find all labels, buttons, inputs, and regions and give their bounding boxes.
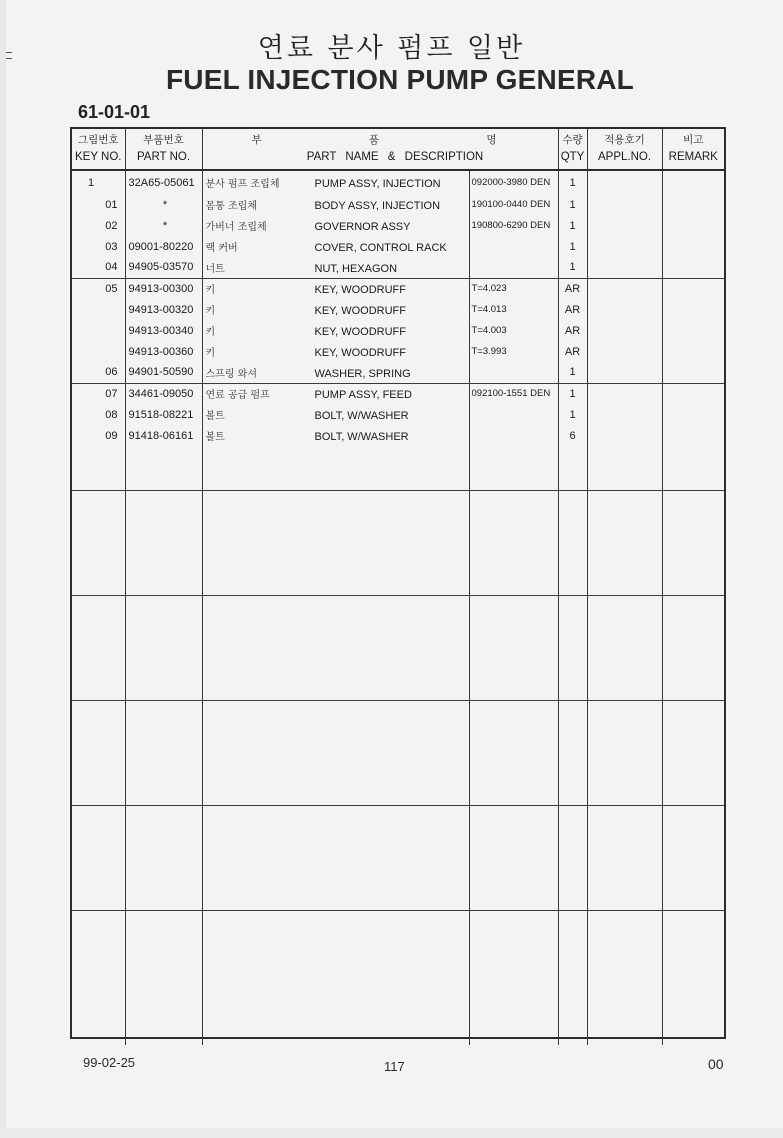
key-no-cell: 02 [72,215,125,236]
part-name-en: PUMP ASSY, INJECTION [315,178,441,190]
part-name-cell: 키KEY, WOODRUFF [202,299,469,320]
part-no-cell: 94913-00300 [125,278,202,299]
empty-cell [125,806,202,911]
reference-no-cell: 190800-6290 DEN [469,215,558,236]
appl-no-cell [587,383,662,404]
empty-cell [558,911,587,1046]
header-qty-ko: 수량 [559,132,587,149]
appl-no-cell [587,194,662,215]
table-row: 94913-00360 키KEY, WOODRUFF T=3.993 AR [72,341,724,362]
part-name-ko: 볼트 [203,407,315,422]
appl-no-cell [587,257,662,278]
appl-no-cell [587,362,662,383]
reference-no-cell: 190100-0440 DEN [469,194,558,215]
empty-cell [469,596,558,701]
reference-no-cell [469,425,558,446]
reference-no-cell [469,404,558,425]
key-no-cell: 09 [72,425,125,446]
header-part-name-ko: 부 품 명 [203,132,558,149]
part-name-ko: 랙 커버 [203,239,315,254]
remark-cell [662,278,724,299]
qty-cell: 1 [558,236,587,257]
part-name-ko: 너트 [203,260,315,275]
table-row: 05 94913-00300 키KEY, WOODRUFF T=4.023 AR [72,278,724,299]
part-no-cell: 34461-09050 [125,383,202,404]
qty-cell: AR [558,320,587,341]
appl-no-cell [587,404,662,425]
table-row: 04 94905-03570 너트NUT, HEXAGON 1 [72,257,724,278]
empty-table-row [72,806,724,911]
table-row: 94913-00340 키KEY, WOODRUFF T=4.003 AR [72,320,724,341]
reference-no-cell: T=4.013 [469,299,558,320]
reference-no-cell: 092000-3980 DEN [469,170,558,194]
part-name-ko: 키 [203,344,315,359]
parts-table-frame: 그림번호 KEY NO. 부품번호 PART NO. 부 품 명 PART NA… [70,127,726,1039]
part-name-en: KEY, WOODRUFF [315,347,406,359]
qty-cell: 1 [558,383,587,404]
empty-cell [558,491,587,596]
page-title-korean: 연료 분사 펌프 일반 [0,26,783,65]
key-no-cell [72,341,125,362]
part-name-en: NUT, HEXAGON [315,263,398,275]
header-appl-no-en: APPL.NO. [588,149,662,166]
empty-cell [72,806,125,911]
part-no-cell: 32A65-05061 [125,170,202,194]
appl-no-cell [587,170,662,194]
remark-cell [662,383,724,404]
footer-date: 99-02-25 [83,1055,135,1070]
part-name-ko: 분사 펌프 조립체 [203,175,315,190]
part-name-en: KEY, WOODRUFF [315,284,406,296]
part-no-cell: * [125,194,202,215]
empty-cell [662,446,724,491]
part-name-cell: 랙 커버COVER, CONTROL RACK [202,236,469,257]
part-no-cell: * [125,215,202,236]
reference-no-cell: T=3.993 [469,341,558,362]
part-no-cell: 94905-03570 [125,257,202,278]
table-row: 1 32A65-05061 분사 펌프 조립체PUMP ASSY, INJECT… [72,170,724,194]
part-name-cell: 키KEY, WOODRUFF [202,320,469,341]
empty-table-row [72,701,724,806]
part-name-en: WASHER, SPRING [315,368,411,380]
part-no-cell: 94913-00320 [125,299,202,320]
empty-cell [587,911,662,1046]
part-name-en: BODY ASSY, INJECTION [315,200,441,212]
qty-cell: 1 [558,362,587,383]
table-row: 09 91418-06161 볼트BOLT, W/WASHER 6 [72,425,724,446]
empty-cell [469,911,558,1046]
empty-cell [469,806,558,911]
header-remark-en: REMARK [663,149,725,166]
reference-no-cell: 092100-1551 DEN [469,383,558,404]
empty-cell [587,596,662,701]
remark-cell [662,236,724,257]
part-name-cell: 분사 펌프 조립체PUMP ASSY, INJECTION [202,170,469,194]
empty-table-row [72,491,724,596]
part-name-ko: 볼트 [203,428,315,443]
empty-cell [469,491,558,596]
part-name-cell: 너트NUT, HEXAGON [202,257,469,278]
table-row: 08 91518-08221 볼트BOLT, W/WASHER 1 [72,404,724,425]
empty-cell [125,911,202,1046]
appl-no-cell [587,278,662,299]
empty-cell [662,701,724,806]
empty-cell [662,596,724,701]
empty-cell [125,446,202,491]
appl-no-cell [587,236,662,257]
part-no-cell: 09001-80220 [125,236,202,257]
table-row: 94913-00320 키KEY, WOODRUFF T=4.013 AR [72,299,724,320]
reference-no-cell [469,236,558,257]
empty-cell [587,806,662,911]
key-no-cell: 03 [72,236,125,257]
empty-cell [558,701,587,806]
header-part-no: 부품번호 PART NO. [125,129,202,170]
qty-cell: 1 [558,194,587,215]
empty-cell [125,701,202,806]
empty-cell [202,446,469,491]
part-no-cell: 94913-00340 [125,320,202,341]
header-qty-en: QTY [559,149,587,166]
key-no-cell [72,320,125,341]
part-name-cell: 볼트BOLT, W/WASHER [202,404,469,425]
part-name-en: COVER, CONTROL RACK [315,242,447,254]
qty-cell: 6 [558,425,587,446]
header-remark: 비고 REMARK [662,129,724,170]
part-name-en: BOLT, W/WASHER [315,410,409,422]
appl-no-cell [587,215,662,236]
key-no-cell: 01 [72,194,125,215]
header-remark-ko: 비고 [663,132,725,149]
appl-no-cell [587,299,662,320]
header-part-name-en: PART NAME & DESCRIPTION [203,149,558,166]
empty-cell [662,491,724,596]
empty-cell [72,911,125,1046]
remark-cell [662,215,724,236]
page-title: FUEL INJECTION PUMP GENERAL [0,64,783,96]
part-name-en: KEY, WOODRUFF [315,305,406,317]
empty-cell [202,911,469,1046]
remark-cell [662,170,724,194]
empty-cell [125,596,202,701]
part-name-ko: 키 [203,302,315,317]
key-no-cell: 05 [72,278,125,299]
empty-cell [202,491,469,596]
header-part-no-en: PART NO. [126,149,202,166]
part-name-cell: 키KEY, WOODRUFF [202,278,469,299]
reference-no-cell: T=4.023 [469,278,558,299]
remark-cell [662,341,724,362]
key-no-cell: 08 [72,404,125,425]
header-appl-no: 적용호기 APPL.NO. [587,129,662,170]
part-no-cell: 94901-50590 [125,362,202,383]
key-no-cell: 04 [72,257,125,278]
qty-cell: 1 [558,404,587,425]
key-no-cell: 06 [72,362,125,383]
key-no-cell [72,299,125,320]
remark-cell [662,362,724,383]
key-no-cell: 07 [72,383,125,404]
empty-cell [558,446,587,491]
scan-bottom-edge [0,1128,783,1138]
table-row: 02 * 가버너 조립체GOVERNOR ASSY 190800-6290 DE… [72,215,724,236]
table-header-row: 그림번호 KEY NO. 부품번호 PART NO. 부 품 명 PART NA… [72,129,724,170]
part-name-ko: 가버너 조립체 [203,218,315,233]
part-name-en: KEY, WOODRUFF [315,326,406,338]
empty-cell [558,806,587,911]
reference-no-cell: T=4.003 [469,320,558,341]
empty-cell [558,596,587,701]
empty-cell [662,806,724,911]
qty-cell: 1 [558,257,587,278]
remark-cell [662,425,724,446]
header-key-no-en: KEY NO. [72,149,125,166]
part-name-cell: 키KEY, WOODRUFF [202,341,469,362]
empty-cell [72,446,125,491]
part-name-ko: 몸통 조립체 [203,197,315,212]
part-name-ko: 연료 공급 펌프 [203,386,315,401]
empty-table-row [72,596,724,701]
part-name-ko: 키 [203,323,315,338]
empty-table-row [72,446,724,491]
part-name-cell: 몸통 조립체BODY ASSY, INJECTION [202,194,469,215]
qty-cell: AR [558,278,587,299]
header-part-no-ko: 부품번호 [126,132,202,149]
empty-cell [469,701,558,806]
qty-cell: 1 [558,170,587,194]
part-name-cell: 가버너 조립체GOVERNOR ASSY [202,215,469,236]
part-name-en: PUMP ASSY, FEED [315,389,412,401]
reference-no-cell [469,362,558,383]
appl-no-cell [587,425,662,446]
header-key-no-ko: 그림번호 [72,132,125,149]
part-name-en: BOLT, W/WASHER [315,431,409,443]
header-part-name: 부 품 명 PART NAME & DESCRIPTION [202,129,558,170]
empty-cell [587,701,662,806]
header-qty: 수량 QTY [558,129,587,170]
empty-cell [202,701,469,806]
table-row: 03 09001-80220 랙 커버COVER, CONTROL RACK 1 [72,236,724,257]
page-number: 117 [384,1059,405,1074]
part-name-cell: 볼트BOLT, W/WASHER [202,425,469,446]
key-no-cell: 1 [72,170,125,194]
parts-table-body: 1 32A65-05061 분사 펌프 조립체PUMP ASSY, INJECT… [72,170,724,1045]
table-row: 07 34461-09050 연료 공급 펌프PUMP ASSY, FEED 0… [72,383,724,404]
part-name-cell: 연료 공급 펌프PUMP ASSY, FEED [202,383,469,404]
part-name-ko: 키 [203,281,315,296]
reference-no-cell [469,257,558,278]
header-key-no: 그림번호 KEY NO. [72,129,125,170]
empty-cell [662,911,724,1046]
empty-cell [72,701,125,806]
empty-cell [587,491,662,596]
qty-cell: AR [558,299,587,320]
part-no-cell: 91518-08221 [125,404,202,425]
section-code: 61-01-01 [78,102,150,123]
empty-cell [587,446,662,491]
header-appl-no-ko: 적용호기 [588,132,662,149]
scan-page-edge [0,0,6,1138]
appl-no-cell [587,320,662,341]
qty-cell: AR [558,341,587,362]
remark-cell [662,194,724,215]
part-name-en: GOVERNOR ASSY [315,221,411,233]
appl-no-cell [587,341,662,362]
table-row: 06 94901-50590 스프링 와셔WASHER, SPRING 1 [72,362,724,383]
qty-cell: 1 [558,215,587,236]
parts-table: 그림번호 KEY NO. 부품번호 PART NO. 부 품 명 PART NA… [72,129,724,1045]
remark-cell [662,257,724,278]
empty-cell [125,491,202,596]
empty-cell [469,446,558,491]
empty-cell [72,491,125,596]
table-row: 01 * 몸통 조립체BODY ASSY, INJECTION 190100-0… [72,194,724,215]
empty-cell [202,596,469,701]
remark-cell [662,320,724,341]
remark-cell [662,299,724,320]
part-no-cell: 94913-00360 [125,341,202,362]
empty-table-row [72,911,724,1046]
part-name-cell: 스프링 와셔WASHER, SPRING [202,362,469,383]
revision-number: 00 [708,1056,724,1072]
empty-cell [72,596,125,701]
part-name-ko: 스프링 와셔 [203,365,315,380]
remark-cell [662,404,724,425]
empty-cell [202,806,469,911]
part-no-cell: 91418-06161 [125,425,202,446]
